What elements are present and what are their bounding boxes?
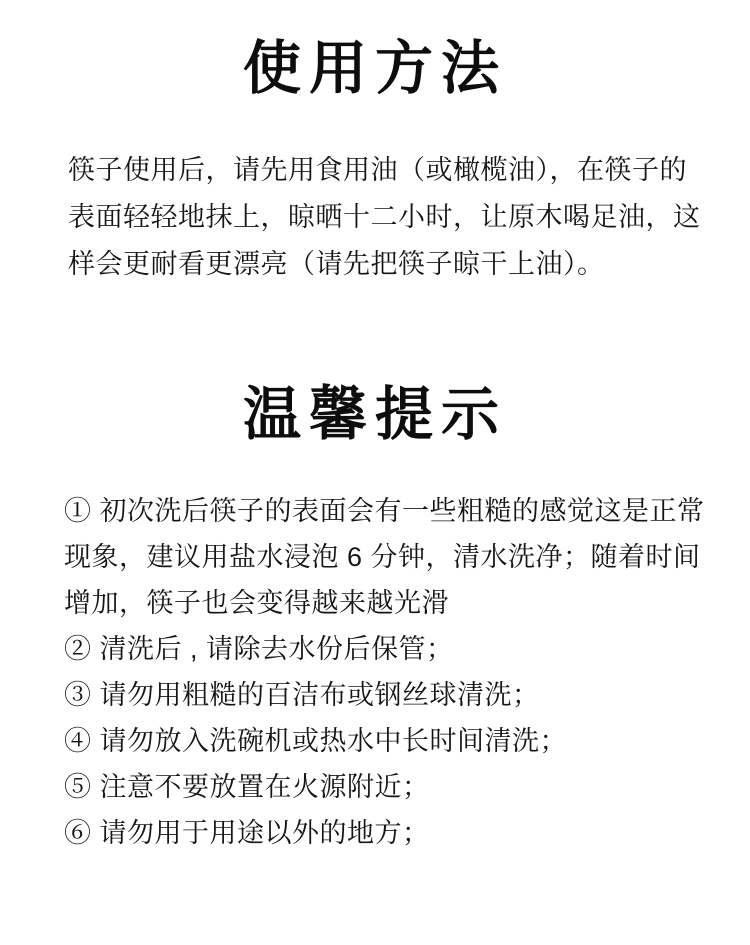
tip-item-1: ① 初次洗后筷子的表面会有一些粗糙的感觉这是正常现象，建议用盐水浸泡 6 分钟，… [64, 488, 710, 626]
tip-item-6: ⑥ 请勿用于用途以外的地方； [64, 810, 710, 856]
tips-section-title: 温馨提示 [0, 288, 750, 447]
usage-section-title: 使用方法 [0, 0, 750, 101]
tip-item-5: ⑤ 注意不要放置在火源附近； [64, 764, 710, 810]
tip-item-3: ③ 请勿用粗糙的百洁布或钢丝球清洗； [64, 672, 710, 718]
chopsticks-care-instructions-page: 使用方法 筷子使用后，请先用食用油（或橄榄油），在筷子的表面轻轻地抹上，晾晒十二… [0, 0, 750, 945]
tips-section: 温馨提示 ① 初次洗后筷子的表面会有一些粗糙的感觉这是正常现象，建议用盐水浸泡 … [0, 288, 750, 857]
usage-paragraph: 筷子使用后，请先用食用油（或橄榄油），在筷子的表面轻轻地抹上，晾晒十二小时，让原… [68, 147, 702, 288]
tip-item-2: ② 清洗后 , 请除去水份后保管； [64, 626, 710, 672]
tips-list: ① 初次洗后筷子的表面会有一些粗糙的感觉这是正常现象，建议用盐水浸泡 6 分钟，… [64, 488, 710, 856]
tip-item-4: ④ 请勿放入洗碗机或热水中长时间清洗； [64, 718, 710, 764]
usage-section: 使用方法 筷子使用后，请先用食用油（或橄榄油），在筷子的表面轻轻地抹上，晾晒十二… [0, 0, 750, 288]
